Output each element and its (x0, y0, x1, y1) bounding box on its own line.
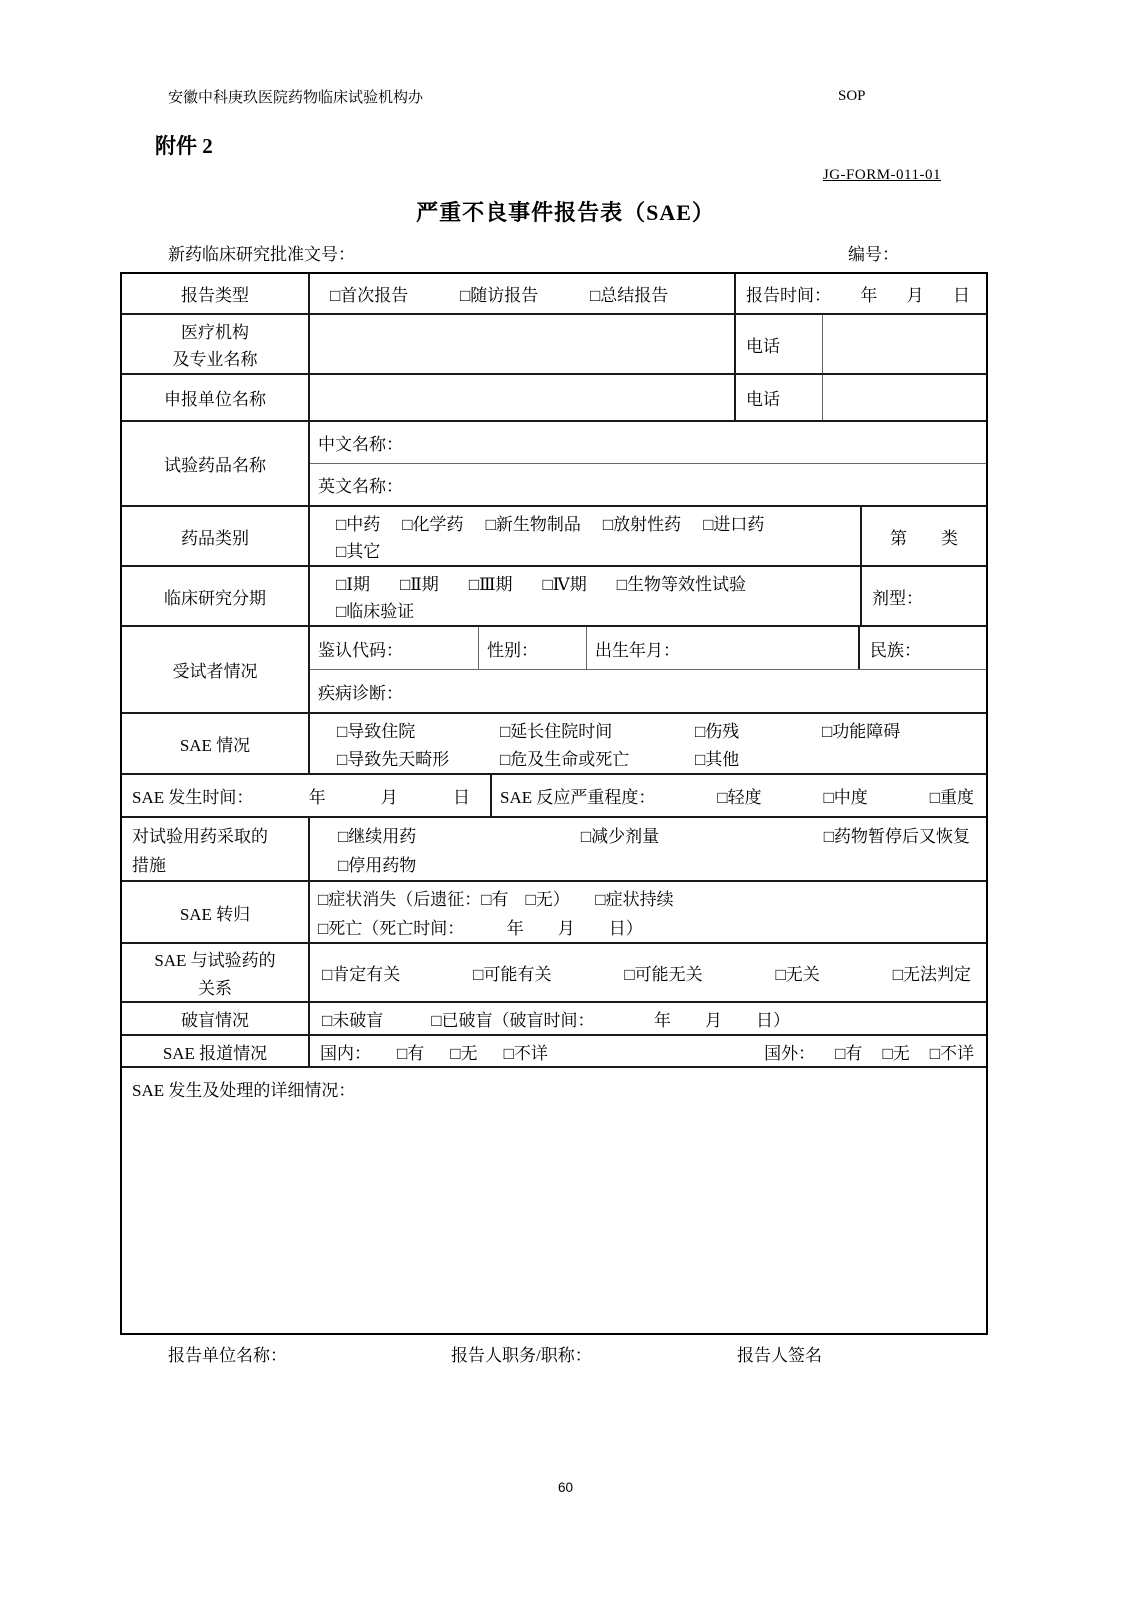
relation-label-line2: 关系 (198, 974, 232, 999)
study-phase-label: 临床研究分期 (122, 567, 310, 625)
report-time-label: 报告时间： (746, 281, 831, 306)
subject-subrow-top: 鉴认代码： 性别： 出生年月： 民族： (310, 627, 986, 670)
measures-options: □继续用药 □减少剂量 □药物暂停后又恢复 □停用药物 (310, 818, 986, 880)
checkbox-overseas-no[interactable]: □无 (882, 1039, 909, 1064)
checkbox-severity-severe[interactable]: □重度 (930, 783, 974, 808)
row-measures: 对试验用药采取的 措施 □继续用药 □减少剂量 □药物暂停后又恢复 □停用药物 (122, 818, 986, 882)
checkbox-other-drug-class[interactable]: □其它 (336, 537, 380, 562)
checkbox-phase-4[interactable]: □Ⅳ期 (542, 570, 586, 595)
row-institution: 医疗机构 及专业名称 电话 (122, 315, 986, 375)
footer-reporter-title-label: 报告人职务/职称： (451, 1341, 592, 1366)
checkbox-clinical-verification[interactable]: □临床验证 (336, 597, 414, 622)
drug-class-label: 药品类别 (122, 507, 310, 565)
checkbox-followup-report[interactable]: □随访报告 (460, 281, 590, 306)
row-report-status: SAE 报道情况 国内： □有 □无 □不详 国外： □有 □无 □不详 (122, 1036, 986, 1068)
checkbox-phase-3[interactable]: □Ⅲ期 (469, 570, 513, 595)
checkbox-tcm[interactable]: □中药 (336, 510, 380, 535)
row-sae-situation: SAE 情况 □导致住院 □延长住院时间 □伤残 □功能障碍 □导致先天畸形 □… (122, 714, 986, 775)
applicant-phone-field[interactable] (823, 375, 986, 420)
subject-code-field[interactable]: 鉴认代码： (310, 627, 479, 669)
approval-number-label: 新药临床研究批准文号： (168, 240, 355, 265)
checkbox-severity-moderate[interactable]: □中度 (824, 783, 868, 808)
sae-details-field[interactable]: SAE 发生及处理的详细情况： (122, 1068, 986, 1333)
institution-value-field[interactable] (310, 315, 736, 373)
row-subject: 受试者情况 鉴认代码： 性别： 出生年月： 民族： 疾病诊断： (122, 627, 986, 714)
report-type-label: 报告类型 (122, 274, 310, 313)
study-phase-options: □Ⅰ期 □Ⅱ期 □Ⅲ期 □Ⅳ期 □生物等效性试验 □临床验证 (310, 567, 862, 625)
sae-time-month: 月 (381, 783, 398, 808)
unblinding-options: □未破盲 □已破盲（破盲时间： 年 月 日） (310, 1003, 986, 1034)
checkbox-disability[interactable]: □伤残 (695, 717, 822, 742)
drug-name-cn-field[interactable]: 中文名称： (310, 422, 986, 464)
checkbox-bioequivalence[interactable]: □生物等效性试验 (617, 570, 746, 595)
checkbox-domestic-yes[interactable]: □有 (397, 1039, 424, 1064)
checkbox-functional-impairment[interactable]: □功能障碍 (822, 717, 900, 742)
row-sae-details: SAE 发生及处理的详细情况： (122, 1068, 986, 1333)
report-time-month: 月 (907, 281, 924, 306)
subject-diagnosis-field[interactable]: 疾病诊断： (310, 670, 986, 712)
row-relation: SAE 与试验药的 关系 □肯定有关 □可能有关 □可能无关 □无关 □无法判定 (122, 944, 986, 1003)
checkbox-reduce-dose[interactable]: □减少剂量 (581, 822, 659, 847)
row-applicant: 申报单位名称 电话 (122, 375, 986, 422)
document-header-right: SOP (838, 88, 866, 105)
drug-name-cn-label: 中文名称： (318, 430, 403, 455)
sae-time-label: SAE 发生时间： (132, 783, 253, 808)
row-drug-name: 试验药品名称 中文名称： 英文名称： (122, 422, 986, 507)
sae-time-year: 年 (309, 783, 326, 808)
checkbox-domestic-no[interactable]: □无 (450, 1039, 477, 1064)
sae-situation-options: □导致住院 □延长住院时间 □伤残 □功能障碍 □导致先天畸形 □危及生命或死亡… (310, 714, 986, 773)
institution-label: 医疗机构 及专业名称 (122, 315, 310, 373)
report-type-options: □首次报告 □随访报告 □总结报告 (310, 274, 736, 313)
unblinding-label: 破盲情况 (122, 1003, 310, 1034)
checkbox-life-threatening-or-death[interactable]: □危及生命或死亡 (500, 745, 695, 770)
checkbox-possibly-unrelated[interactable]: □可能无关 (624, 960, 702, 985)
row-unblinding: 破盲情况 □未破盲 □已破盲（破盲时间： 年 月 日） (122, 1003, 986, 1036)
checkbox-chemical-drug[interactable]: □化学药 (402, 510, 463, 535)
sae-form-table: 报告类型 □首次报告 □随访报告 □总结报告 报告时间： 年 月 日 医疗机构 … (120, 272, 988, 1335)
drug-name-fields: 中文名称： 英文名称： (310, 422, 986, 505)
checkbox-hospitalization[interactable]: □导致住院 (337, 717, 500, 742)
checkbox-phase-1[interactable]: □Ⅰ期 (336, 570, 370, 595)
form-code: JG-FORM-011-01 (823, 167, 941, 184)
outcome-options: □症状消失（后遗征：□有 □无） □症状持续 □死亡（死亡时间： 年 月 日） (310, 882, 986, 942)
institution-label-line1: 医疗机构 (181, 318, 249, 343)
checkbox-first-report[interactable]: □首次报告 (330, 281, 460, 306)
checkbox-stop-medication[interactable]: □停用药物 (338, 851, 416, 876)
checkbox-pause-then-resume[interactable]: □药物暂停后又恢复 (824, 822, 970, 847)
checkbox-new-biologic[interactable]: □新生物制品 (486, 510, 581, 535)
checkbox-undeterminable[interactable]: □无法判定 (893, 960, 971, 985)
measures-label-line1: 对试验用药采取的 (132, 822, 268, 847)
applicant-label: 申报单位名称 (122, 375, 310, 420)
checkbox-definitely-related[interactable]: □肯定有关 (322, 960, 400, 985)
report-status-label: SAE 报道情况 (122, 1036, 310, 1066)
measures-label: 对试验用药采取的 措施 (122, 818, 310, 880)
outcome-label: SAE 转归 (122, 882, 310, 942)
checkbox-imported-drug[interactable]: □进口药 (703, 510, 764, 535)
sae-details-label: SAE 发生及处理的详细情况： (132, 1076, 355, 1101)
checkbox-prolonged-hospitalization[interactable]: □延长住院时间 (500, 717, 695, 742)
report-status-overseas: 国外： □有 □无 □不详 (764, 1039, 974, 1064)
measures-label-line2: 措施 (132, 851, 166, 876)
relation-label: SAE 与试验药的 关系 (122, 944, 310, 1001)
serial-number-label: 编号： (848, 240, 899, 265)
checkbox-unblinded[interactable]: □已破盲（破盲时间： 年 月 日） (431, 1006, 790, 1031)
domestic-label: 国内： (320, 1039, 371, 1064)
sae-situation-label: SAE 情况 (122, 714, 310, 773)
checkbox-radioactive-drug[interactable]: □放射性药 (603, 510, 681, 535)
checkbox-domestic-unknown[interactable]: □不详 (504, 1039, 548, 1064)
subject-sex-field[interactable]: 性别： (479, 627, 587, 669)
row-outcome: SAE 转归 □症状消失（后遗征：□有 □无） □症状持续 □死亡（死亡时间： … (122, 882, 986, 944)
applicant-value-field[interactable] (310, 375, 736, 420)
sae-time-day: 日 (453, 783, 470, 808)
checkbox-summary-report[interactable]: □总结报告 (590, 281, 668, 306)
checkbox-overseas-unknown[interactable]: □不详 (930, 1039, 974, 1064)
dosage-form-field[interactable]: 剂型： (862, 567, 986, 625)
subject-fields: 鉴认代码： 性别： 出生年月： 民族： 疾病诊断： (310, 627, 986, 712)
footer-report-unit-label: 报告单位名称： (168, 1341, 287, 1366)
subject-diagnosis-label: 疾病诊断： (318, 679, 403, 704)
institution-label-line2: 及专业名称 (173, 345, 258, 370)
row-report-type: 报告类型 □首次报告 □随访报告 □总结报告 报告时间： 年 月 日 (122, 274, 986, 315)
checkbox-unrelated[interactable]: □无关 (776, 960, 820, 985)
checkbox-possibly-related[interactable]: □可能有关 (473, 960, 551, 985)
page-number: 60 (0, 1480, 1131, 1495)
footer-reporter-sign-label: 报告人签名 (737, 1341, 822, 1366)
institution-phone-field[interactable] (823, 315, 986, 373)
checkbox-phase-2[interactable]: □Ⅱ期 (400, 570, 439, 595)
report-status-options: 国内： □有 □无 □不详 国外： □有 □无 □不详 (310, 1036, 986, 1066)
sae-severity-cell: SAE 反应严重程度： □轻度 □中度 □重度 (492, 775, 986, 816)
institution-phone-label: 电话 (736, 315, 823, 373)
report-time-day: 日 (953, 281, 970, 306)
drug-name-label: 试验药品名称 (122, 422, 310, 505)
report-time-cell[interactable]: 报告时间： 年 月 日 (736, 274, 986, 313)
row-study-phase: 临床研究分期 □Ⅰ期 □Ⅱ期 □Ⅲ期 □Ⅳ期 □生物等效性试验 □临床验证 剂型… (122, 567, 986, 627)
drug-category-field[interactable]: 第 类 (862, 507, 986, 565)
sae-severity-label: SAE 反应严重程度： (500, 783, 655, 808)
applicant-phone-label: 电话 (736, 375, 823, 420)
sae-report-form-page: 安徽中科庚玖医院药物临床试验机构办 SOP 附件 2 JG-FORM-011-0… (0, 0, 1131, 1600)
form-title: 严重不良事件报告表（SAE） (0, 196, 1131, 227)
checkbox-overseas-yes[interactable]: □有 (835, 1039, 862, 1064)
row-drug-class: 药品类别 □中药 □化学药 □新生物制品 □放射性药 □进口药 □其它 第 类 (122, 507, 986, 567)
checkbox-symptoms-resolved[interactable]: □症状消失（后遗征：□有 □无） □症状持续 (318, 885, 674, 910)
checkbox-severity-mild[interactable]: □轻度 (717, 783, 761, 808)
checkbox-congenital-anomaly[interactable]: □导致先天畸形 (337, 745, 500, 770)
overseas-label: 国外： (764, 1039, 815, 1064)
report-status-domestic: 国内： □有 □无 □不详 (320, 1039, 548, 1064)
drug-name-en-field[interactable]: 英文名称： (310, 464, 986, 505)
subject-ethnicity-field[interactable]: 民族： (860, 627, 986, 669)
sae-time-cell[interactable]: SAE 发生时间： 年 月 日 (122, 775, 492, 816)
relation-label-line1: SAE 与试验药的 (154, 946, 275, 971)
subject-birth-field[interactable]: 出生年月： (587, 627, 860, 669)
attachment-label: 附件 2 (155, 130, 213, 160)
report-time-year: 年 (860, 281, 877, 306)
checkbox-other-sae[interactable]: □其他 (695, 745, 739, 770)
drug-name-en-label: 英文名称： (318, 472, 403, 497)
document-header-left: 安徽中科庚玖医院药物临床试验机构办 (168, 86, 423, 107)
row-sae-time-severity: SAE 发生时间： 年 月 日 SAE 反应严重程度： □轻度 □中度 □重度 (122, 775, 986, 818)
checkbox-continue-medication[interactable]: □继续用药 (338, 822, 416, 847)
subject-label: 受试者情况 (122, 627, 310, 712)
checkbox-death[interactable]: □死亡（死亡时间： 年 月 日） (318, 914, 643, 939)
drug-class-options: □中药 □化学药 □新生物制品 □放射性药 □进口药 □其它 (310, 507, 862, 565)
checkbox-not-unblinded[interactable]: □未破盲 (322, 1006, 383, 1031)
relation-options: □肯定有关 □可能有关 □可能无关 □无关 □无法判定 (310, 944, 986, 1001)
